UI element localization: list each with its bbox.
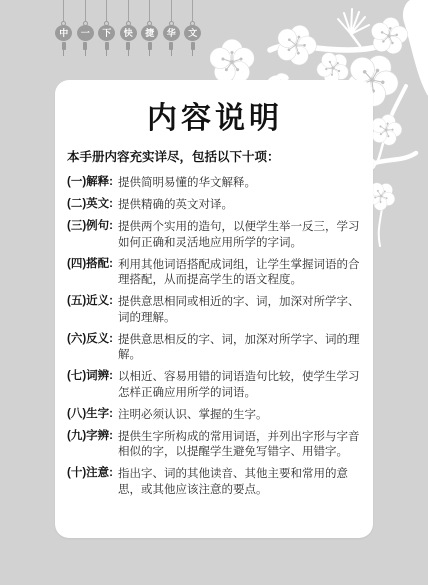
lantern-string: [149, 0, 150, 21]
lantern-tassel: [105, 42, 109, 50]
list-item: (二)英文: 提供精确的英文对译。: [67, 197, 363, 213]
intro-text: 本手册内容充实详尽，包括以下十项：: [67, 149, 363, 165]
lantern-tassel: [169, 42, 173, 50]
page-background: { "header": { "lanterns": ["中", "一", "下"…: [0, 0, 428, 585]
lantern-char: 华: [163, 25, 180, 41]
item-desc: 注明必须认识、掌握的生字。: [118, 407, 363, 423]
lantern-tail: [106, 50, 107, 56]
item-desc: 提供意思相同或相近的字、词，加深对所学字、词的理解。: [118, 294, 363, 325]
lantern-tassel: [191, 42, 195, 50]
hanging-lantern-icon: 文: [182, 0, 204, 56]
lantern-char: 中: [55, 25, 72, 41]
list-item: (四)搭配: 利用其他词语搭配成词组，让学生掌握词语的合理搭配，从而提高学生的语…: [67, 257, 363, 288]
list-item: (八)生字: 注明必须认识、掌握的生字。: [67, 407, 363, 423]
lantern-char: 快: [120, 25, 137, 41]
item-desc: 以相近、容易用错的词语造句比较，使学生学习怎样正确应用所学的词语。: [118, 369, 363, 400]
hanging-lantern-icon: 中: [53, 0, 75, 56]
item-label: (十)注意:: [67, 466, 118, 497]
hanging-lantern-icon: 下: [96, 0, 118, 56]
lantern-tail: [128, 50, 129, 56]
content-list: (一)解释: 提供简明易懂的华文解释。 (二)英文: 提供精确的英文对译。 (三…: [67, 175, 363, 497]
item-label: (七)词辨:: [67, 369, 118, 400]
hanging-lantern-icon: 快: [118, 0, 140, 56]
lantern-tail: [192, 50, 193, 56]
item-desc: 利用其他词语搭配成词组，让学生掌握词语的合理搭配，从而提高学生的语文程度。: [118, 257, 363, 288]
item-desc: 提供意思相反的字、词，加深对所学字、词的理解。: [118, 332, 363, 363]
plum-blossom-icon: [271, 19, 322, 69]
lantern-banner: 中 一 下 快 捷 华 文: [53, 0, 204, 56]
item-label: (九)字辨:: [67, 429, 118, 460]
hanging-lantern-icon: 华: [161, 0, 183, 56]
lantern-tassel: [148, 42, 152, 50]
plum-blossom-icon: [210, 39, 254, 82]
item-label: (五)近义:: [67, 294, 118, 325]
list-item: (九)字辨: 提供生字所构成的常用词语，并列出字形与字音相似的字，以提醒学生避免…: [67, 429, 363, 460]
lantern-char: 捷: [141, 25, 158, 41]
lantern-tassel: [83, 42, 87, 50]
list-item: (三)例句: 提供两个实用的造句，以便学生举一反三，学习如何正确和灵活地应用所学…: [67, 219, 363, 250]
lantern-tail: [63, 50, 64, 56]
lantern-tassel: [126, 42, 130, 50]
list-item: (七)词辨: 以相近、容易用错的词语造句比较，使学生学习怎样正确应用所学的词语。: [67, 369, 363, 400]
item-label: (一)解释:: [67, 175, 118, 191]
list-item: (五)近义: 提供意思相同或相近的字、词，加深对所学字、词的理解。: [67, 294, 363, 325]
item-label: (三)例句:: [67, 219, 118, 250]
lantern-tail: [149, 50, 150, 56]
list-item: (十)注意: 指出字、词的其他读音、其他主要和常用的意思，或其他应该注意的要点。: [67, 466, 363, 497]
lantern-string: [192, 0, 193, 21]
lantern-tail: [171, 50, 172, 56]
lantern-tail: [85, 50, 86, 56]
lantern-string: [63, 0, 64, 21]
item-label: (二)英文:: [67, 197, 118, 213]
lantern-char: 一: [77, 25, 94, 41]
pine-sprig-icon: [338, 9, 369, 34]
lantern-string: [171, 0, 172, 21]
list-item: (一)解释: 提供简明易懂的华文解释。: [67, 175, 363, 191]
hanging-lantern-icon: 捷: [139, 0, 161, 56]
hanging-lantern-icon: 一: [75, 0, 97, 56]
item-label: (六)反义:: [67, 332, 118, 363]
lantern-string: [85, 0, 86, 21]
content-card: 内容说明 本手册内容充实详尽，包括以下十项： (一)解释: 提供简明易懂的华文解…: [55, 80, 373, 538]
plum-blossom-icon: [367, 111, 405, 148]
item-desc: 提供精确的英文对译。: [118, 197, 363, 213]
lantern-string: [106, 0, 107, 21]
item-desc: 提供两个实用的造句，以便学生举一反三，学习如何正确和灵活地应用所学的字词。: [118, 219, 363, 250]
item-label: (八)生字:: [67, 407, 118, 423]
page-title: 内容说明: [67, 102, 363, 136]
item-desc: 指出字、词的其他读音、其他主要和常用的意思，或其他应该注意的要点。: [118, 466, 363, 497]
item-label: (四)搭配:: [67, 257, 118, 288]
list-item: (六)反义: 提供意思相反的字、词，加深对所学字、词的理解。: [67, 332, 363, 363]
lantern-char: 文: [184, 25, 201, 41]
lantern-char: 下: [98, 25, 115, 41]
lantern-string: [128, 0, 129, 21]
item-desc: 提供生字所构成的常用词语，并列出字形与字音相似的字，以提醒学生避免写错字、用错字…: [118, 429, 363, 460]
lantern-tassel: [62, 42, 66, 50]
item-desc: 提供简明易懂的华文解释。: [118, 175, 363, 191]
